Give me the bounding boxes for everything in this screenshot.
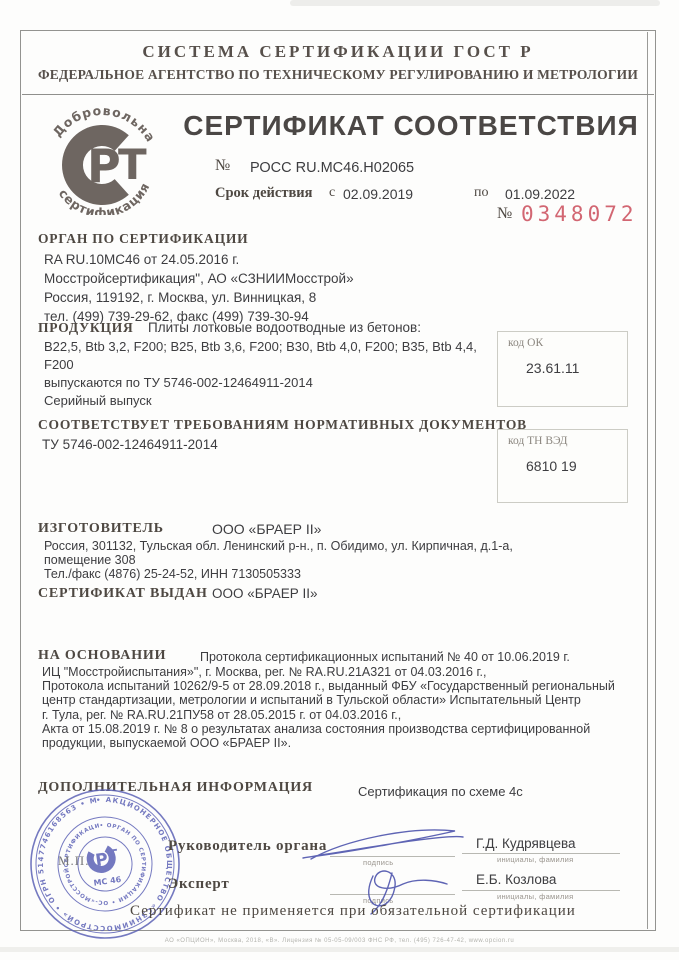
certificate-number: РОСС RU.MC46.H02065: [250, 160, 414, 176]
head-signature-stroke: [303, 830, 463, 859]
stamp-center-code: МС 46: [93, 875, 122, 888]
logo-letter-r: Р: [87, 139, 121, 193]
head-name-caption: инициалы, фамилия: [497, 855, 574, 864]
certificate-title: СЕРТИФИКАТ СООТВЕТСТВИЯ: [172, 110, 650, 142]
certificate-frame-inner-line: [647, 32, 648, 929]
product-details: В22,5, Вtb 3,2, F200; В25, Вtb 3,6, F200…: [44, 338, 494, 410]
certification-body-details: RA RU.10MC46 от 24.05.2016 г. Мосстройсе…: [44, 250, 524, 326]
compliance-label: СООТВЕТСТВУЕТ ТРЕБОВАНИЯМ НОРМАТИВНЫХ ДО…: [38, 417, 527, 433]
rst-voluntary-certification-logo-icon: Добровольная сертификация Р Т: [48, 101, 166, 215]
product-label: ПРОДУКЦИЯ: [38, 320, 134, 336]
certification-body-round-stamp: • АКЦИОНЕРНОЕ ОБЩЕСТВО «СЗНИИМОССТРОЙ» •…: [28, 786, 183, 944]
product-intro: Плиты лотковые водоотводные из бетонов:: [148, 320, 421, 335]
validity-from-prefix: с: [329, 185, 335, 201]
validity-to-date: 01.09.2022: [505, 186, 575, 202]
compliance-value: ТУ 5746-002-12464911-2014: [42, 437, 218, 452]
form-number-sign: №: [497, 205, 512, 223]
expert-role-label: Эксперт: [168, 876, 230, 893]
certificate-page: СИСТЕМА СЕРТИФИКАЦИИ ГОСТ Р ФЕДЕРАЛЬНОЕ …: [0, 0, 679, 960]
scan-artifact-top: [290, 0, 660, 6]
code-ok-value: 23.61.11: [526, 360, 579, 376]
expert-name: Е.Б. Козлова: [476, 872, 556, 887]
restriction-note: Сертификат не применяется при обязательн…: [130, 903, 576, 920]
number-sign: №: [215, 157, 230, 175]
code-tnved-label: код ТН ВЭД: [508, 435, 568, 447]
basis-first-line: Протокола сертификационных испытаний № 4…: [200, 650, 570, 664]
code-ok-box: код ОК 23.61.11: [497, 331, 628, 407]
code-tnved-value: 6810 19: [526, 458, 577, 474]
printer-imprint-line: АО «ОПЦИОН», Москва, 2018, «В». Лицензия…: [0, 938, 679, 944]
expert-name-caption: инициалы, фамилия: [497, 892, 574, 901]
additional-info-value: Сертификация по схеме 4с: [358, 784, 523, 799]
scan-artifact-bottom: [0, 947, 679, 952]
head-name-line: [462, 853, 620, 854]
code-ok-label: код ОК: [508, 337, 543, 349]
manufacturer-details: Россия, 301132, Тульская обл. Ленинский …: [44, 539, 564, 582]
manufacturer-label: ИЗГОТОВИТЕЛЬ: [38, 521, 164, 537]
basis-details: ИЦ "Мосстройиспытания»", г. Москва, рег.…: [42, 665, 642, 750]
validity-to-prefix: по: [474, 185, 489, 201]
header-divider: [22, 94, 654, 95]
logo-letter-t: Т: [118, 140, 147, 189]
certification-body-label: ОРГАН ПО СЕРТИФИКАЦИИ: [38, 231, 248, 247]
expert-name-line: [462, 890, 620, 891]
validity-label: Срок действия: [215, 185, 312, 202]
seal-place-mark: М.П.: [58, 853, 89, 869]
head-name: Г.Д. Кудрявцева: [476, 836, 576, 851]
system-header-line2: ФЕДЕРАЛЬНОЕ АГЕНТСТВО ПО ТЕХНИЧЕСКОМУ РЕ…: [20, 67, 656, 83]
form-serial-number: 0348072: [521, 202, 638, 226]
stamp-rst-letter-t: Т: [108, 847, 119, 863]
system-header-line1: СИСТЕМА СЕРТИФИКАЦИИ ГОСТ Р: [20, 42, 656, 62]
issued-to-label: СЕРТИФИКАТ ВЫДАН: [38, 586, 208, 602]
issued-to-name: ООО «БРАЕР II»: [212, 586, 318, 601]
validity-from-date: 02.09.2019: [343, 186, 413, 202]
code-tnved-box: код ТН ВЭД 6810 19: [497, 429, 628, 503]
manufacturer-name: ООО «БРАЕР II»: [212, 521, 321, 537]
basis-label: НА ОСНОВАНИИ: [38, 648, 166, 664]
